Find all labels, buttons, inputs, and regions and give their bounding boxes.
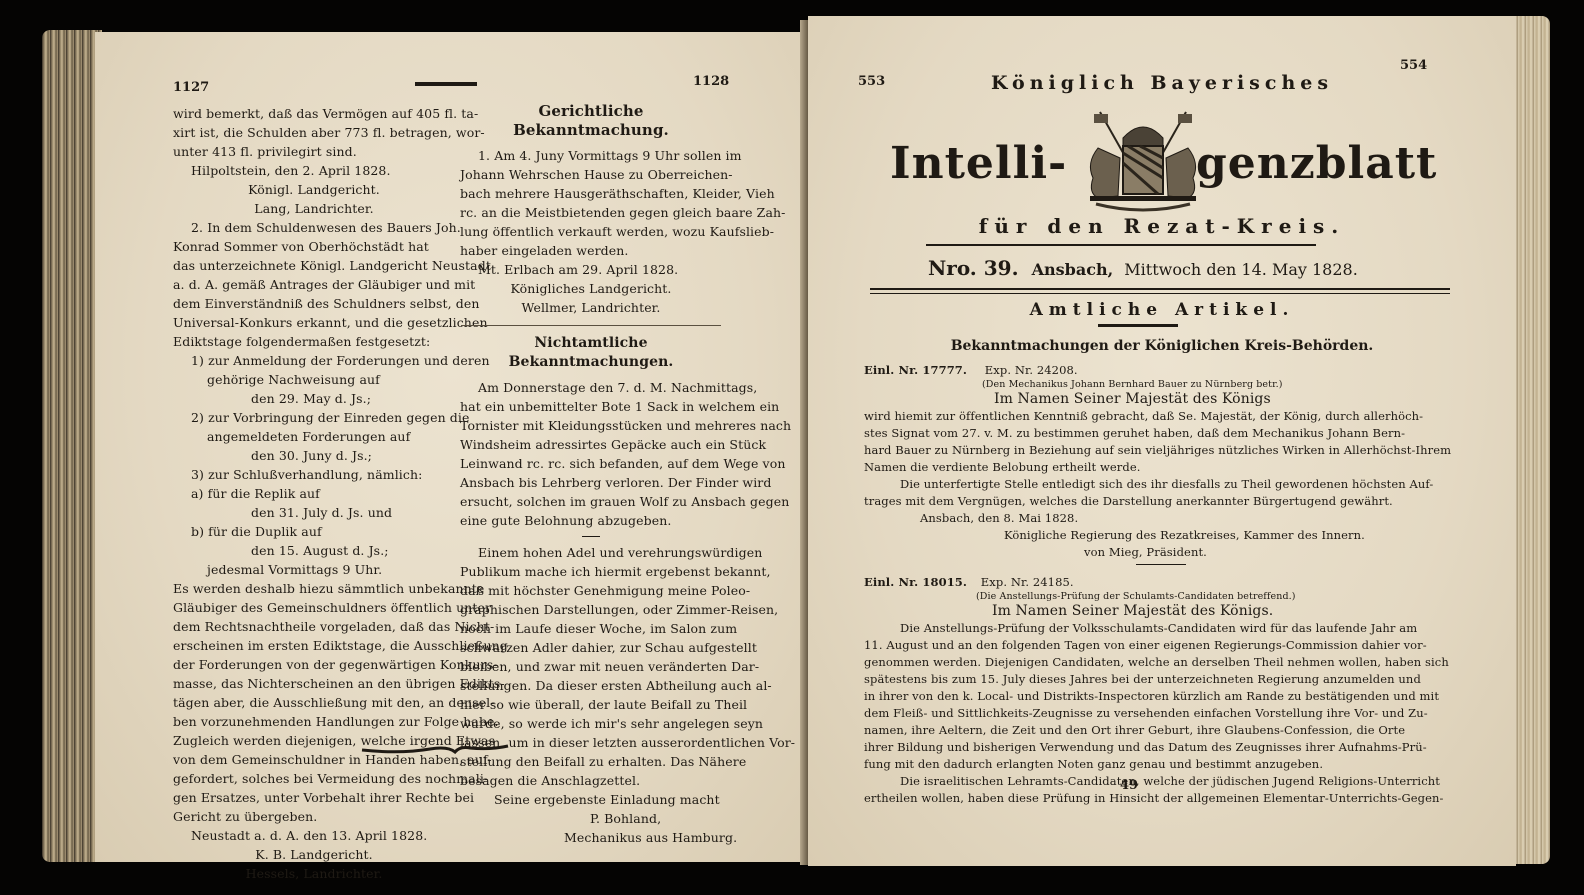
divider (1136, 564, 1186, 565)
text-line: 1. Am 4. Juny Vormittags 9 Uhr sollen im (460, 146, 722, 165)
text-line: ihrer Bildung und bisherigen Verwendung … (864, 739, 1444, 756)
issue-place: Ansbach, (1032, 260, 1114, 279)
signature: Wellmer, Landrichter. (460, 298, 722, 317)
invocation: Im Namen Seiner Majestät des Königs. (864, 603, 1444, 620)
notice-1: Einl. Nr. 17777. Exp. Nr. 24208. (Den Me… (864, 362, 1444, 561)
text-line: Leinwand rc. rc. sich befanden, auf dem … (460, 454, 722, 473)
double-rule (870, 288, 1450, 290)
list-item: den 15. August d. Js.; (173, 541, 455, 560)
divider (461, 325, 721, 326)
signature: Lang, Landrichter. (173, 199, 455, 218)
text-line: daß mit höchster Genehmigung meine Poleo… (460, 581, 722, 600)
subsection-title: Bekanntmachungen der Königlichen Kreis-B… (808, 338, 1516, 354)
text-line: bleiben, und zwar mit neuen veränderten … (460, 657, 722, 676)
invocation: Im Namen Seiner Majestät des Königs (864, 391, 1444, 408)
divider (1098, 324, 1178, 327)
right-page: 553 554 Königlich Bayerisches Intelli- g… (808, 16, 1516, 866)
masthead-top: Königlich Bayerisches (808, 72, 1516, 94)
text-line: Die Anstellungs-Prüfung der Volksschulam… (864, 620, 1444, 637)
text-line: trages mit dem Vergnügen, welches die Da… (864, 493, 1444, 510)
text-line: Windsheim adressirtes Gepäcke auch ein S… (460, 435, 722, 454)
section-heading: Gerichtliche Bekanntmachung. (460, 102, 722, 140)
text-line: wird hiemit zur öffentlichen Kenntniß ge… (864, 408, 1444, 425)
text-line: unter 413 fl. privilegirt sind. (173, 142, 455, 161)
page-number: 554 (1400, 58, 1427, 73)
court-name: Königliches Landgericht. (460, 279, 722, 298)
list-item: a) für die Replik auf (173, 484, 455, 503)
text-line: Tornister mit Kleidungsstücken und mehre… (460, 416, 722, 435)
page-number: 1128 (693, 74, 729, 89)
left-page-edges (42, 30, 102, 862)
court-name: K. B. Landgericht. (173, 845, 455, 864)
text-line: das unterzeichnete Königl. Landgericht N… (173, 256, 455, 275)
text-line: Es werden deshalb hiezu sämmtlich unbeka… (173, 579, 455, 598)
text-line: xirt ist, die Schulden aber 773 fl. betr… (173, 123, 455, 142)
signature: P. Bohland, (460, 809, 722, 828)
end-ornament-icon (360, 740, 510, 760)
text-line: stes Signat vom 27. v. M. zu bestimmen g… (864, 425, 1444, 442)
text-line: Seine ergebenste Einladung macht (460, 790, 722, 809)
reference-in: Einl. Nr. 18015. (864, 575, 967, 589)
text-line: Publikum mache ich hiermit ergebenst bek… (460, 562, 722, 581)
text-line: lung öffentlich verkauft werden, wozu Ka… (460, 222, 722, 241)
text-line: ersucht, solchen im grauen Wolf zu Ansba… (460, 492, 722, 511)
notice-subject: (Den Mechanikus Johann Bernhard Bauer zu… (864, 379, 1444, 391)
section-title: Amtliche Artikel. (808, 300, 1516, 320)
text-line: Ansbach bis Lehrberg verloren. Der Finde… (460, 473, 722, 492)
text-line: namen, ihre Aeltern, die Zeit und den Or… (864, 722, 1444, 739)
list-item: 1) zur Anmeldung der Forderungen und der… (173, 351, 455, 370)
divider (582, 536, 600, 537)
text-line: stellungen. Da dieser ersten Abtheilung … (460, 676, 722, 695)
text-line: Die unterfertigte Stelle entledigt sich … (864, 476, 1444, 493)
text-line: hier so wie überall, der laute Beifall z… (460, 695, 722, 714)
text-line: Ediktstage folgendermaßen festgesetzt: (173, 332, 455, 351)
notice-2: Einl. Nr. 18015. Exp. Nr. 24185. (Die An… (864, 574, 1444, 807)
left-page: 1127 1128 wird bemerkt, daß das Vermögen… (95, 32, 807, 862)
list-item: angemeldeten Forderungen auf (173, 427, 455, 446)
list-item: den 30. Juny d. Js.; (173, 446, 455, 465)
text-line: dem Fleiß- und Sittlichkeits-Zeugnisse z… (864, 705, 1444, 722)
masthead-rule (926, 244, 1316, 246)
list-item: b) für die Duplik auf (173, 522, 455, 541)
text-line: Johann Wehrschen Hause zu Oberreichen- (460, 165, 722, 184)
text-line: genommen werden. Diejenigen Candidaten, … (864, 654, 1444, 671)
notice-subject: (Die Anstellungs-Prüfung der Schulamts-C… (864, 591, 1444, 603)
text-line: spätestens bis zum 15. July dieses Jahre… (864, 671, 1444, 688)
text-line: 2. In dem Schuldenwesen des Bauers Joh. (173, 218, 455, 237)
authority: Königliche Regierung des Rezatkreises, K… (864, 527, 1444, 544)
text-line: eine gute Belohnung abzugeben. (460, 511, 722, 530)
masthead-title-left: Intelli- (890, 138, 1067, 189)
list-item: 2) zur Vorbringung der Einreden gegen di… (173, 408, 455, 427)
text-line: erscheinen im ersten Ediktstage, die Aus… (173, 636, 455, 655)
text-line: 11. August und an den folgenden Tagen vo… (864, 637, 1444, 654)
text-line: tägen aber, die Ausschließung mit den, a… (173, 693, 455, 712)
text-line: Gericht zu übergeben. (173, 807, 455, 826)
place-date: Neustadt a. d. A. den 13. April 1828. (173, 826, 455, 845)
place-date: Ansbach, den 8. Mai 1828. (864, 510, 1444, 527)
text-line: masse, das Nichterscheinen an den übrige… (173, 674, 455, 693)
text-line: Universal-Konkurs erkannt, und die geset… (173, 313, 455, 332)
text-line: dem Rechtsnachtheile vorgeladen, daß das… (173, 617, 455, 636)
text-line: Die israelitischen Lehramts-Candidaten, … (864, 773, 1444, 790)
issue-number: Nro. 39. (928, 256, 1019, 280)
signature: Mechanikus aus Hamburg. (460, 828, 722, 847)
signature-mark: 49 (1120, 778, 1138, 793)
court-name: Königl. Landgericht. (173, 180, 455, 199)
masthead-subtitle: für den Rezat-Kreis. (808, 214, 1516, 238)
text-line: a. d. A. gemäß Antrages der Gläubiger un… (173, 275, 455, 294)
text-line: dem Einverständniß des Schuldners selbst… (173, 294, 455, 313)
list-item: gehörige Nachweisung auf (173, 370, 455, 389)
text-line: wurde, so werde ich mir's sehr angelegen… (460, 714, 722, 733)
text-line: hat ein unbemittelter Bote 1 Sack in wel… (460, 397, 722, 416)
text-line: in ihrer von den k. Local- und Distrikts… (864, 688, 1444, 705)
text-line: fung mit den dadurch erlangten Noten gan… (864, 756, 1444, 773)
double-rule (870, 293, 1450, 294)
text-line: rc. an die Meistbietenden gegen gleich b… (460, 203, 722, 222)
text-line: gefordert, solches bei Vermeidung des no… (173, 769, 455, 788)
right-page-edges (1510, 16, 1550, 864)
text-line: besagen die Anschlagzettel. (460, 771, 722, 790)
text-line: Konrad Sommer von Oberhöchstädt hat (173, 237, 455, 256)
reference-in: Einl. Nr. 17777. (864, 363, 967, 377)
coat-of-arms-icon (1078, 108, 1208, 218)
list-item: 3) zur Schlußverhandlung, nämlich: (173, 465, 455, 484)
text-line: hard Bauer zu Nürnberg in Beziehung auf … (864, 442, 1444, 459)
text-line: ben vorzunehmenden Handlungen zur Folge … (173, 712, 455, 731)
text-line: wird bemerkt, daß das Vermögen auf 405 f… (173, 104, 455, 123)
text-line: noch im Laufe dieser Woche, im Salon zum (460, 619, 722, 638)
list-item: jedesmal Vormittags 9 Uhr. (173, 560, 455, 579)
text-line: gen Ersatzes, unter Vorbehalt ihrer Rech… (173, 788, 455, 807)
place-date: Mt. Erlbach am 29. April 1828. (460, 260, 722, 279)
text-line: graphischen Darstellungen, oder Zimmer-R… (460, 600, 722, 619)
text-line: Am Donnerstage den 7. d. M. Nachmittags, (460, 378, 722, 397)
text-line: der Forderungen von der gegenwärtigen Ko… (173, 655, 455, 674)
list-item: den 29. May d. Js.; (173, 389, 455, 408)
issue-date: Mittwoch den 14. May 1828. (1124, 260, 1358, 279)
text-line: schwarzen Adler dahier, zur Schau aufges… (460, 638, 722, 657)
column-1: wird bemerkt, daß das Vermögen auf 405 f… (173, 104, 455, 883)
signature: von Mieg, Präsident. (864, 544, 1444, 561)
text-line: Gläubiger des Gemeinschuldners öffentlic… (173, 598, 455, 617)
text-line: bach mehrere Hausgeräthschaften, Kleider… (460, 184, 722, 203)
reference-out: Exp. Nr. 24185. (981, 575, 1074, 589)
text-line: haber eingeladen werden. (460, 241, 722, 260)
text-line: Namen die verdiente Belobung ertheilt we… (864, 459, 1444, 476)
place-date: Hilpoltstein, den 2. April 1828. (173, 161, 455, 180)
list-item: den 31. July d. Js. und (173, 503, 455, 522)
signature: Hessels, Landrichter. (173, 864, 455, 883)
section-heading: Nichtamtliche Bekanntmachungen. (460, 334, 722, 372)
text-line: Einem hohen Adel und verehrungswürdigen (460, 543, 722, 562)
issue-line: Nro. 39. Ansbach, Mittwoch den 14. May 1… (928, 256, 1358, 280)
text-line: ertheilen wollen, haben diese Prüfung in… (864, 790, 1444, 807)
reference-out: Exp. Nr. 24208. (985, 363, 1078, 377)
open-book: 1127 1128 wird bemerkt, daß das Vermögen… (0, 0, 1584, 895)
masthead-title-right: genzblatt (1196, 138, 1437, 189)
header-rule (415, 82, 477, 86)
page-number: 1127 (173, 80, 209, 95)
column-2: Gerichtliche Bekanntmachung. 1. Am 4. Ju… (460, 102, 722, 847)
